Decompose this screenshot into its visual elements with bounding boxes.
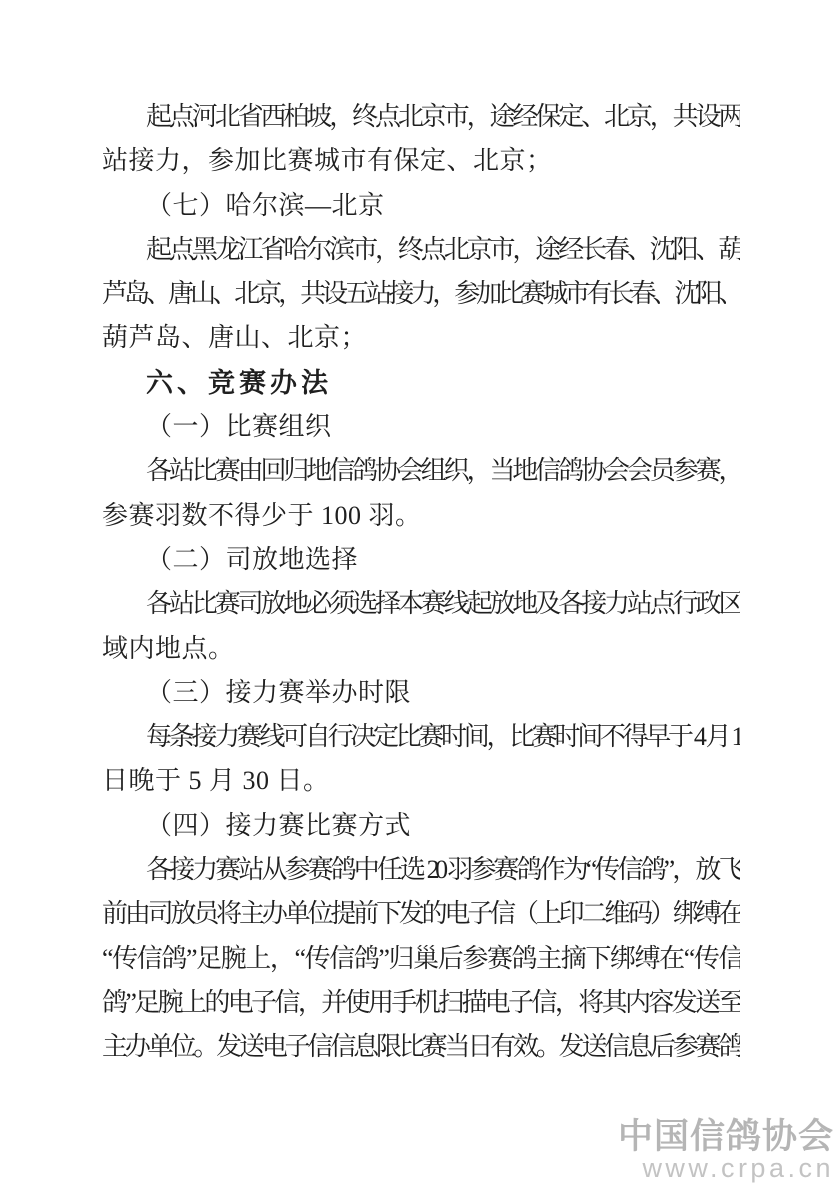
text-line: （二）司放地选择	[102, 538, 740, 582]
text-line: 芦岛、唐山、北京，共设五站接力，参加比赛城市有长春、沈阳、	[102, 272, 740, 316]
text-line: 参赛羽数不得少于 100 羽。	[102, 494, 740, 538]
text-line: 起点黑龙江省哈尔滨市，终点北京市，途经长春、沈阳、葫	[102, 228, 740, 272]
text-line: 起点河北省西柏坡，终点北京市，途经保定、北京，共设两	[102, 95, 740, 139]
document-body: 起点河北省西柏坡，终点北京市，途经保定、北京，共设两站接力，参加比赛城市有保定、…	[102, 95, 740, 1070]
text-line: 葫芦岛、唐山、北京；	[102, 316, 740, 360]
text-line: “传信鸽”足腕上，“传信鸽”归巢后参赛鸽主摘下绑缚在“传信	[102, 937, 740, 981]
text-line: （一）比赛组织	[102, 405, 740, 449]
watermark-url-text: www.crpa.cn	[618, 1155, 834, 1182]
text-line: 各站比赛司放地必须选择本赛线起放地及各接力站点行政区	[102, 582, 740, 626]
text-line: 各站比赛由回归地信鸽协会组织，当地信鸽协会会员参赛，	[102, 449, 740, 493]
text-line: 鸽”足腕上的电子信，并使用手机扫描电子信，将其内容发送至	[102, 981, 740, 1025]
text-line: （四）接力赛比赛方式	[102, 804, 740, 848]
text-line: 前由司放员将主办单位提前下发的电子信（上印二维码）绑缚在	[102, 892, 740, 936]
text-line: 站接力，参加比赛城市有保定、北京；	[102, 139, 740, 183]
watermark-brand-text: 中国信鸽协会	[618, 1118, 834, 1155]
text-line: 每条接力赛线可自行决定比赛时间，比赛时间不得早于 4 月 1	[102, 715, 740, 759]
document-page: 起点河北省西柏坡，终点北京市，途经保定、北京，共设两站接力，参加比赛城市有保定、…	[0, 0, 840, 1187]
text-line: （七）哈尔滨—北京	[102, 184, 740, 228]
text-line: 各接力赛站从参赛鸽中任选 20 羽参赛鸽作为“传信鸽”，放飞	[102, 848, 740, 892]
text-line: 域内地点。	[102, 627, 740, 671]
watermark: 中国信鸽协会 www.crpa.cn	[618, 1118, 834, 1182]
section-heading: 六、竞赛办法	[102, 361, 740, 405]
text-line: 主办单位。发送电子信信息限比赛当日有效。发送信息后参赛鸽	[102, 1025, 740, 1069]
text-line: （三）接力赛举办时限	[102, 671, 740, 715]
text-line: 日晚于 5 月 30 日。	[102, 759, 740, 803]
